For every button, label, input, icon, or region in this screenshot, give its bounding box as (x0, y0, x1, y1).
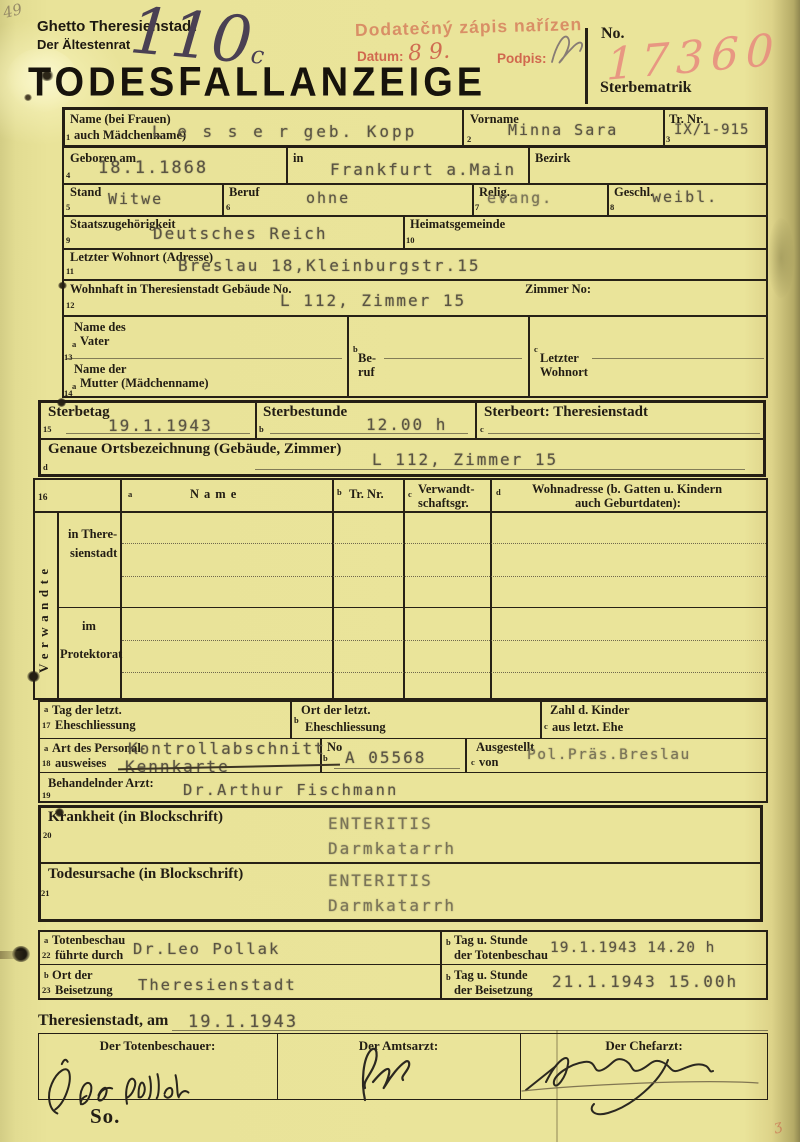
divider (222, 183, 224, 215)
ausweis-value1: Kontrollabschnitt (128, 741, 326, 757)
arzt-value: Dr.Arthur Fischmann (183, 783, 398, 799)
divider (255, 402, 257, 438)
divider (403, 480, 405, 698)
ehe-tag-label1: Tag der letzt. (52, 704, 122, 717)
geschl-num: 8 (610, 203, 614, 212)
name-num: 1 (66, 133, 70, 142)
row-line (62, 279, 768, 281)
vorname-value: Minna Sara (508, 123, 618, 138)
divider (475, 402, 477, 438)
group1-label2: sienstadt (70, 547, 117, 560)
mutter-label2: Mutter (Mädchenname) (80, 377, 209, 390)
divider (290, 700, 292, 738)
sterbestunde-value: 12.00 h (366, 417, 447, 433)
name-value: L e s s e r geb. Kopp (152, 124, 417, 140)
kinder-label1: Zahl d. Kinder (550, 704, 630, 717)
fill-line (488, 433, 760, 434)
geschl-value: weibl. (652, 190, 718, 205)
ausweis-marker: a (44, 744, 48, 753)
sterbetag-label: Sterbetag (48, 405, 110, 420)
todesursache-value2: Darmkatarrh (328, 898, 456, 914)
ausweis-label2: ausweises (55, 757, 106, 770)
fill-line (270, 433, 468, 434)
eltern-wohnort-marker: c (534, 345, 538, 354)
group2-label1: im (82, 620, 96, 633)
ehe-ort-label1: Ort der letzt. (301, 704, 371, 717)
wohnhaft-label: Wohnhaft in Theresienstadt Gebäude No. (70, 283, 291, 296)
staat-num: 9 (66, 236, 70, 245)
row-line (62, 315, 768, 317)
divider (490, 480, 492, 698)
krankheit-num: 20 (43, 831, 52, 840)
group-divider-line (58, 607, 766, 608)
bezirk-label: Bezirk (535, 152, 570, 165)
col-name-header: Name (190, 488, 241, 501)
totenbeschau-zeit-label2: der Totenbeschau (454, 949, 548, 962)
document-page: 49 Ghetto Theresienstadt Der Ältestenrat… (0, 0, 800, 1142)
wohnort-value: Breslau 18,Kleinburgstr.15 (178, 258, 480, 274)
totenbeschau-zeit-marker: b (446, 938, 451, 947)
pencil-page-number: 49 (1, 0, 24, 22)
vater-label2: Vater (80, 335, 109, 348)
ehe-tag-num: 17 (42, 721, 51, 730)
group2-label2: Protektorat (60, 648, 122, 661)
totenbeschau-num: 22 (42, 951, 51, 960)
stand-value: Witwe (108, 192, 163, 207)
trnr-num: 3 (666, 135, 670, 144)
corner-mark: ʒ (772, 1117, 783, 1134)
eltern-beruf-label1: Be- (358, 352, 376, 365)
geboren-num: 4 (66, 171, 70, 180)
signature-totenbeschauer (40, 1044, 204, 1127)
divider (403, 215, 405, 248)
geboren-in-value: Frankfurt a.Main (330, 162, 516, 178)
col-verw-header2: schaftsgr. (418, 497, 469, 510)
geschl-label: Geschl. (614, 186, 653, 199)
sterbeort-label: Sterbeort: Theresienstadt (484, 405, 648, 420)
dotted-row-line (122, 672, 766, 673)
wohnhaft-num: 12 (66, 301, 75, 310)
fill-line (66, 358, 342, 359)
krankheit-value2: Darmkatarrh (328, 841, 456, 857)
divider (607, 183, 609, 215)
kinder-marker: c (544, 722, 548, 731)
eltern-beruf-label2: ruf (358, 366, 375, 379)
beisetzung-ort-label2: Beisetzung (55, 984, 113, 997)
ehe-tag-label2: Eheschliessung (55, 719, 136, 732)
ausweis-no-label: No (327, 741, 342, 754)
ausgestellt-label2: von (479, 756, 498, 769)
sterbetag-value: 19.1.1943 (108, 418, 213, 434)
krankheit-label: Krankheit (in Blockschrift) (48, 810, 223, 825)
page-title: TODESFALLANZEIGE (28, 60, 486, 106)
stand-num: 5 (66, 203, 70, 212)
totenbeschau-value: Dr.Leo Pollak (133, 942, 280, 958)
beisetzung-ort-marker: b (44, 971, 49, 980)
totenbeschau-marker: a (44, 936, 48, 945)
mutter-label1: Name der (74, 363, 126, 376)
divider (347, 315, 349, 398)
divider (472, 183, 474, 215)
ehe-ort-label2: Eheschliessung (305, 721, 386, 734)
fill-line (66, 433, 250, 434)
sterbetag-num: 15 (43, 425, 52, 434)
row-line (40, 964, 766, 965)
beisetzung-ort-label1: Ort der (52, 969, 93, 982)
divider (286, 148, 288, 183)
wohnhaft-value: L 112, Zimmer 15 (280, 293, 466, 309)
divider (528, 315, 530, 398)
beisetzung-ort-value: Theresienstadt (138, 978, 297, 994)
fill-line (172, 1030, 768, 1031)
todesursache-num: 21 (41, 889, 50, 898)
trnr-value: IX/1-915 (674, 123, 749, 137)
col-verw-header1: Verwandt- (418, 483, 474, 496)
beruf-label: Beruf (229, 186, 260, 199)
col-verw-marker: c (408, 490, 412, 499)
group1-label1: in There- (68, 528, 117, 541)
vater-marker: a (72, 340, 76, 349)
eltern-wohnort-label2: Wohnort (540, 366, 588, 379)
ausweis-num: 18 (42, 759, 51, 768)
divider (528, 148, 530, 183)
beisetzung-zeit-value: 21.1.1943 15.00h (552, 974, 738, 990)
divider (120, 480, 122, 698)
beruf-num: 6 (226, 203, 230, 212)
ausgestellt-label1: Ausgestellt (476, 741, 534, 754)
totenbeschau-label2: führte durch (55, 949, 123, 962)
divider (540, 700, 542, 738)
dotted-row-line (122, 576, 766, 577)
beruf-value: ohne (306, 191, 350, 206)
row-line (41, 862, 760, 864)
heimat-num: 10 (406, 236, 415, 245)
divider (440, 930, 442, 1000)
row-line (40, 438, 764, 440)
divider (57, 512, 59, 698)
heimat-label: Heimatsgemeinde (410, 218, 505, 231)
ausweis-no-value: A 05568 (345, 750, 426, 766)
divider (332, 480, 334, 698)
sterbeort-marker: c (480, 425, 484, 434)
sterbestunde-marker: b (259, 425, 264, 434)
totenbeschau-zeit-label1: Tag u. Stunde (454, 934, 528, 947)
divider (663, 110, 665, 148)
col-trnr-marker: b (337, 488, 342, 497)
geboren-in-label: in (293, 152, 303, 165)
footer-ort-label: Theresienstadt, am (38, 1013, 168, 1029)
signature-chefarzt (518, 1038, 768, 1118)
wohnort-num: 11 (66, 267, 74, 276)
table-header-line (35, 511, 766, 513)
fill-line (592, 358, 764, 359)
todesursache-value1: ENTERITIS (328, 873, 433, 889)
genaue-value: L 112, Zimmer 15 (372, 452, 558, 468)
krankheit-value1: ENTERITIS (328, 816, 433, 832)
relig-num: 7 (475, 203, 479, 212)
genaue-label: Genaue Ortsbezeichnung (Gebäude, Zimmer) (48, 442, 341, 457)
staat-value: Deutsches Reich (153, 226, 328, 242)
col-adr-header1: Wohnadresse (b. Gatten u. Kindern (532, 483, 722, 496)
ausgestellt-value: Pol.Präs.Breslau (527, 748, 691, 763)
beisetzung-zeit-label1: Tag u. Stunde (454, 969, 528, 982)
eltern-wohnort-label1: Letzter (540, 352, 579, 365)
mutter-num: 14 (64, 389, 73, 398)
arzt-num: 19 (42, 791, 51, 800)
arzt-label: Behandelnder Arzt: (48, 777, 154, 790)
vater-label1: Name des (74, 321, 126, 334)
dotted-row-line (122, 640, 766, 641)
sterbestunde-label: Sterbestunde (263, 405, 347, 420)
ehe-ort-marker: b (294, 716, 299, 725)
row-line (62, 183, 768, 185)
sterbematrik-label: Sterbematrik (600, 80, 692, 96)
relatives-side-label: Verwandte (36, 557, 52, 673)
edge-smudge (768, 218, 794, 298)
smear (0, 951, 24, 959)
relig-value: evang. (487, 191, 553, 206)
col-name-marker: a (128, 490, 132, 499)
header-divider (585, 28, 588, 104)
fill-line (334, 768, 460, 769)
kinder-label2: aus letzt. Ehe (552, 721, 623, 734)
zimmer-label: Zimmer No: (525, 283, 591, 296)
beisetzung-zeit-label2: der Beisetzung (454, 984, 533, 997)
todesursache-label: Todesursache (in Blockschrift) (48, 867, 243, 882)
col-trnr-header: Tr. Nr. (349, 488, 384, 501)
vorname-num: 2 (467, 135, 471, 144)
stand-label: Stand (70, 186, 101, 199)
divider (462, 110, 464, 148)
fill-line (384, 358, 522, 359)
ausweis-no-marker: b (323, 754, 328, 763)
col-adr-header2: auch Geburtdaten): (575, 497, 681, 510)
footer-note: So. (90, 1106, 120, 1127)
col-adr-marker: d (496, 488, 501, 497)
totenbeschau-label1: Totenbeschau (52, 934, 125, 947)
ausgestellt-marker: c (471, 758, 475, 767)
beisetzung-zeit-marker: b (446, 973, 451, 982)
divider (465, 738, 467, 772)
beisetzung-ort-num: 23 (42, 986, 51, 995)
ehe-tag-marker: a (44, 705, 48, 714)
fill-line (255, 469, 745, 470)
genaue-marker: d (43, 463, 48, 472)
geboren-value: 18.1.1868 (98, 160, 208, 177)
relatives-num: 16 (38, 494, 48, 504)
signature-amtsarzt (335, 1042, 425, 1102)
totenbeschau-zeit-value: 19.1.1943 14.20 h (550, 941, 715, 956)
dotted-row-line (122, 543, 766, 544)
footer-datum-value: 19.1.1943 (188, 1014, 298, 1031)
